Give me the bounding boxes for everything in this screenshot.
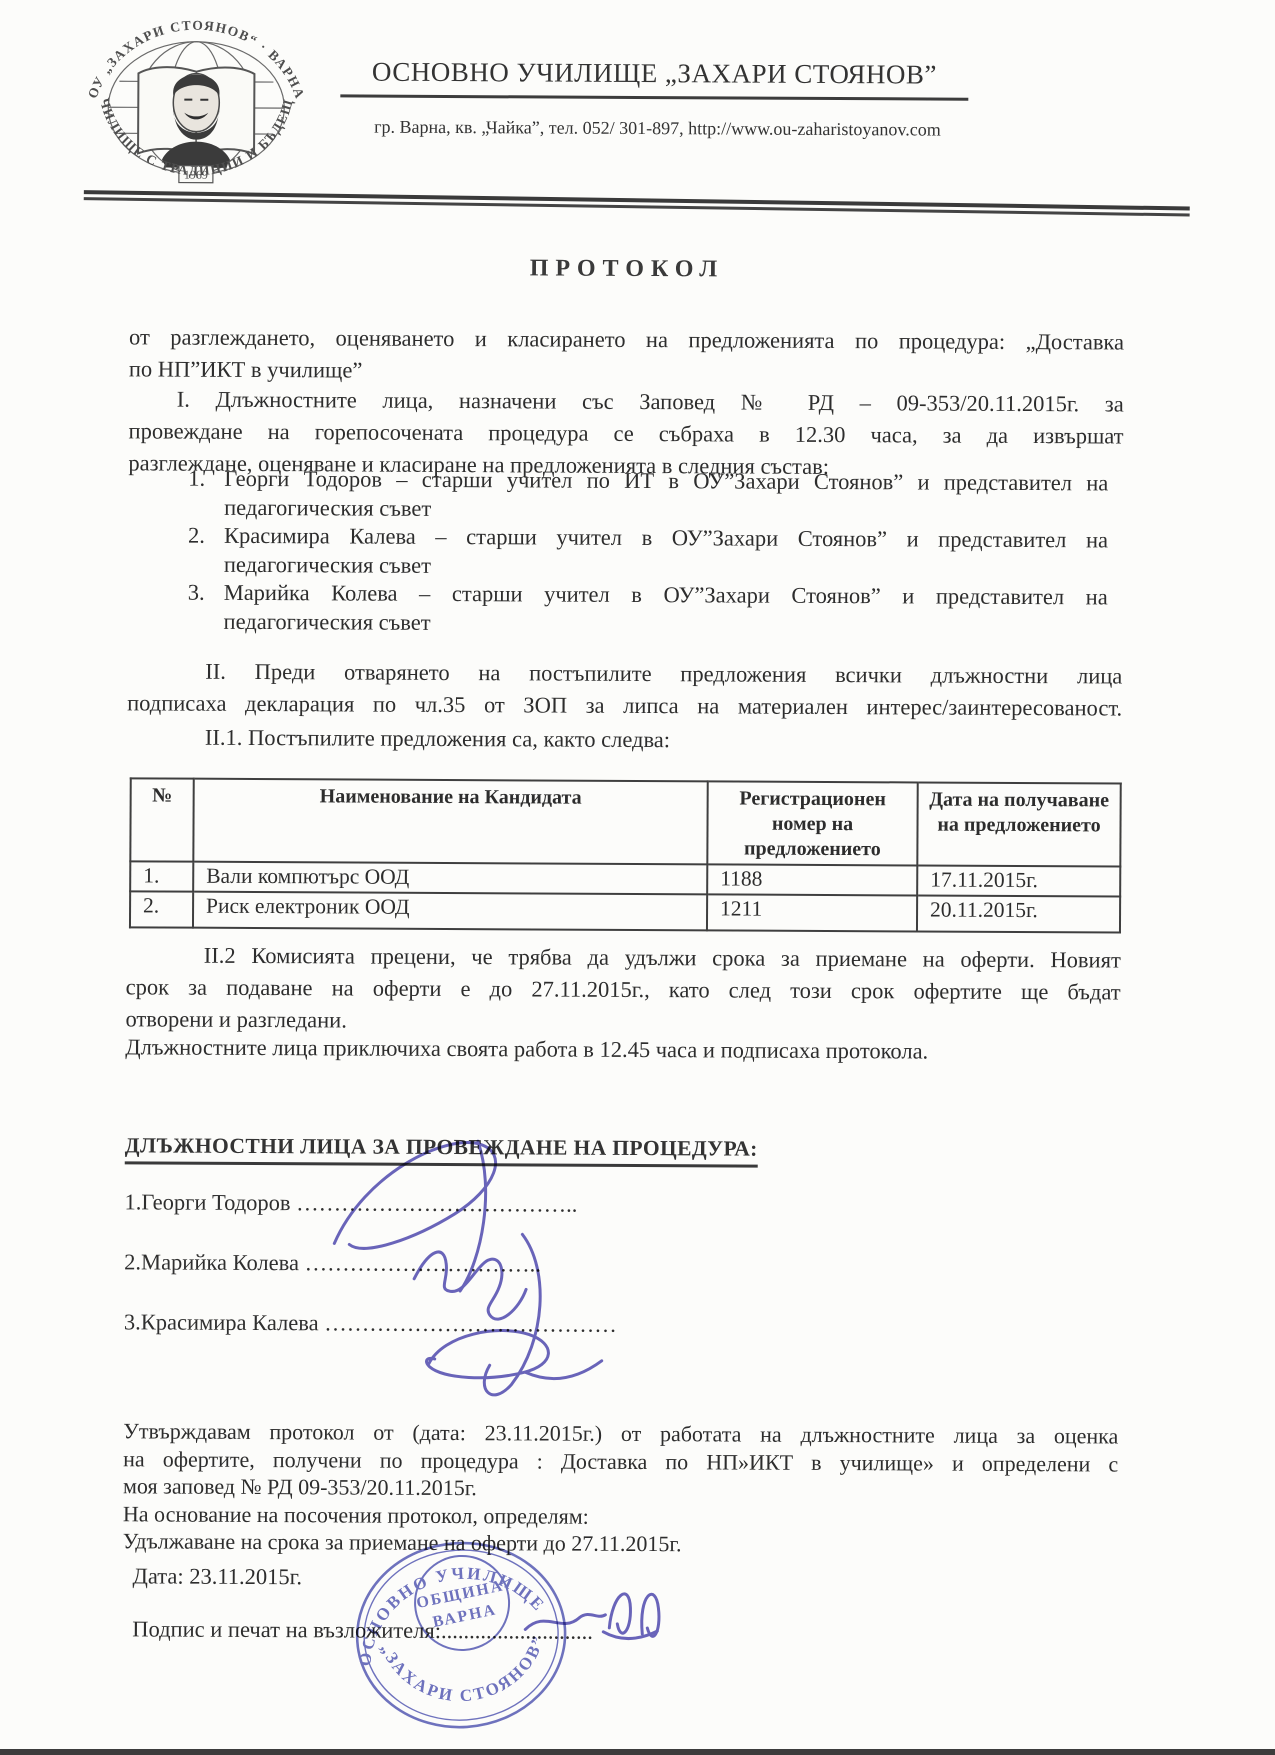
handwritten-signatures-ink [293, 1128, 625, 1430]
stamp-arc-bottom-text: „ЗАХАРИ СТОЯНОВ” [376, 1631, 552, 1711]
list-item-number: 2. [188, 522, 205, 551]
list-item-number: 3. [188, 579, 205, 608]
table-row: 2. Риск електроник ООД 1211 20.11.2015г. [130, 891, 1120, 932]
list-item: 2. Красимира Калева – старши учител в ОУ… [188, 522, 1108, 584]
col-number: № [130, 778, 193, 861]
list-item: 1. Георги Тодоров – старши учител по ИТ … [188, 465, 1108, 527]
school-name-heading: ОСНОВНО УЧИЛИЩЕ „ЗАХАРИ СТОЯНОВ” [340, 56, 968, 100]
official-round-stamp: ОСНОВНО УЧИЛИЩЕ „ЗАХАРИ СТОЯНОВ” ОБЩИНА … [344, 1530, 578, 1744]
school-logo-emblem: 1969 ОУ „ЗАХАРИ СТОЯНОВ“ · ВАРНА УЧИЛИЩЕ… [80, 7, 313, 204]
col-date-received: Дата на получаване на предложението [917, 782, 1120, 866]
list-item-number: 1. [188, 465, 205, 494]
date-line: Дата: 23.11.2015г. [133, 1563, 303, 1590]
paragraph-section-2-2: II.2 Комисията прецени, че трябва да удъ… [125, 939, 1120, 1040]
scanned-protocol-document: 1969 ОУ „ЗАХАРИ СТОЯНОВ“ · ВАРНА УЧИЛИЩЕ… [0, 0, 1275, 1755]
table-header-row: № Наименование на Кандидата Регистрацион… [130, 778, 1120, 866]
paragraph-section-2-1: II.1. Постъпилите предложения са, както … [127, 721, 1122, 758]
scan-bottom-edge [0, 1749, 1275, 1755]
document-title: ПРОТОКОЛ [129, 253, 1124, 285]
closing-statement: Длъжностните лица приключиха своята рабо… [125, 1031, 1120, 1068]
signatory-name: 2.Марийка Колева [124, 1249, 305, 1275]
school-address-line: гр. Варна, кв. „Чайка”, тел. 052/ 301-89… [374, 117, 1054, 142]
col-registration-number: Регистрационен номер на предложението [707, 781, 917, 865]
offers-table: № Наименование на Кандидата Регистрацион… [129, 777, 1122, 933]
scan-tilt-wrapper: 1969 ОУ „ЗАХАРИ СТОЯНОВ“ · ВАРНА УЧИЛИЩЕ… [0, 0, 1275, 1755]
paragraph-intro: от разглеждането, оценяването и класиран… [129, 321, 1124, 390]
list-item: 3. Марийка Колева – старши учител в ОУ”З… [188, 579, 1108, 641]
committee-members-list: 1. Георги Тодоров – старши учител по ИТ … [188, 465, 1109, 641]
approval-statement: Утвърждавам протокол от (дата: 23.11.201… [123, 1417, 1119, 1560]
signatory-name: 1.Георги Тодоров [124, 1189, 296, 1215]
col-candidate-name: Наименование на Кандидата [193, 779, 707, 865]
paragraph-section-2: II. Преди отварянето на постъпилите пред… [127, 655, 1122, 724]
